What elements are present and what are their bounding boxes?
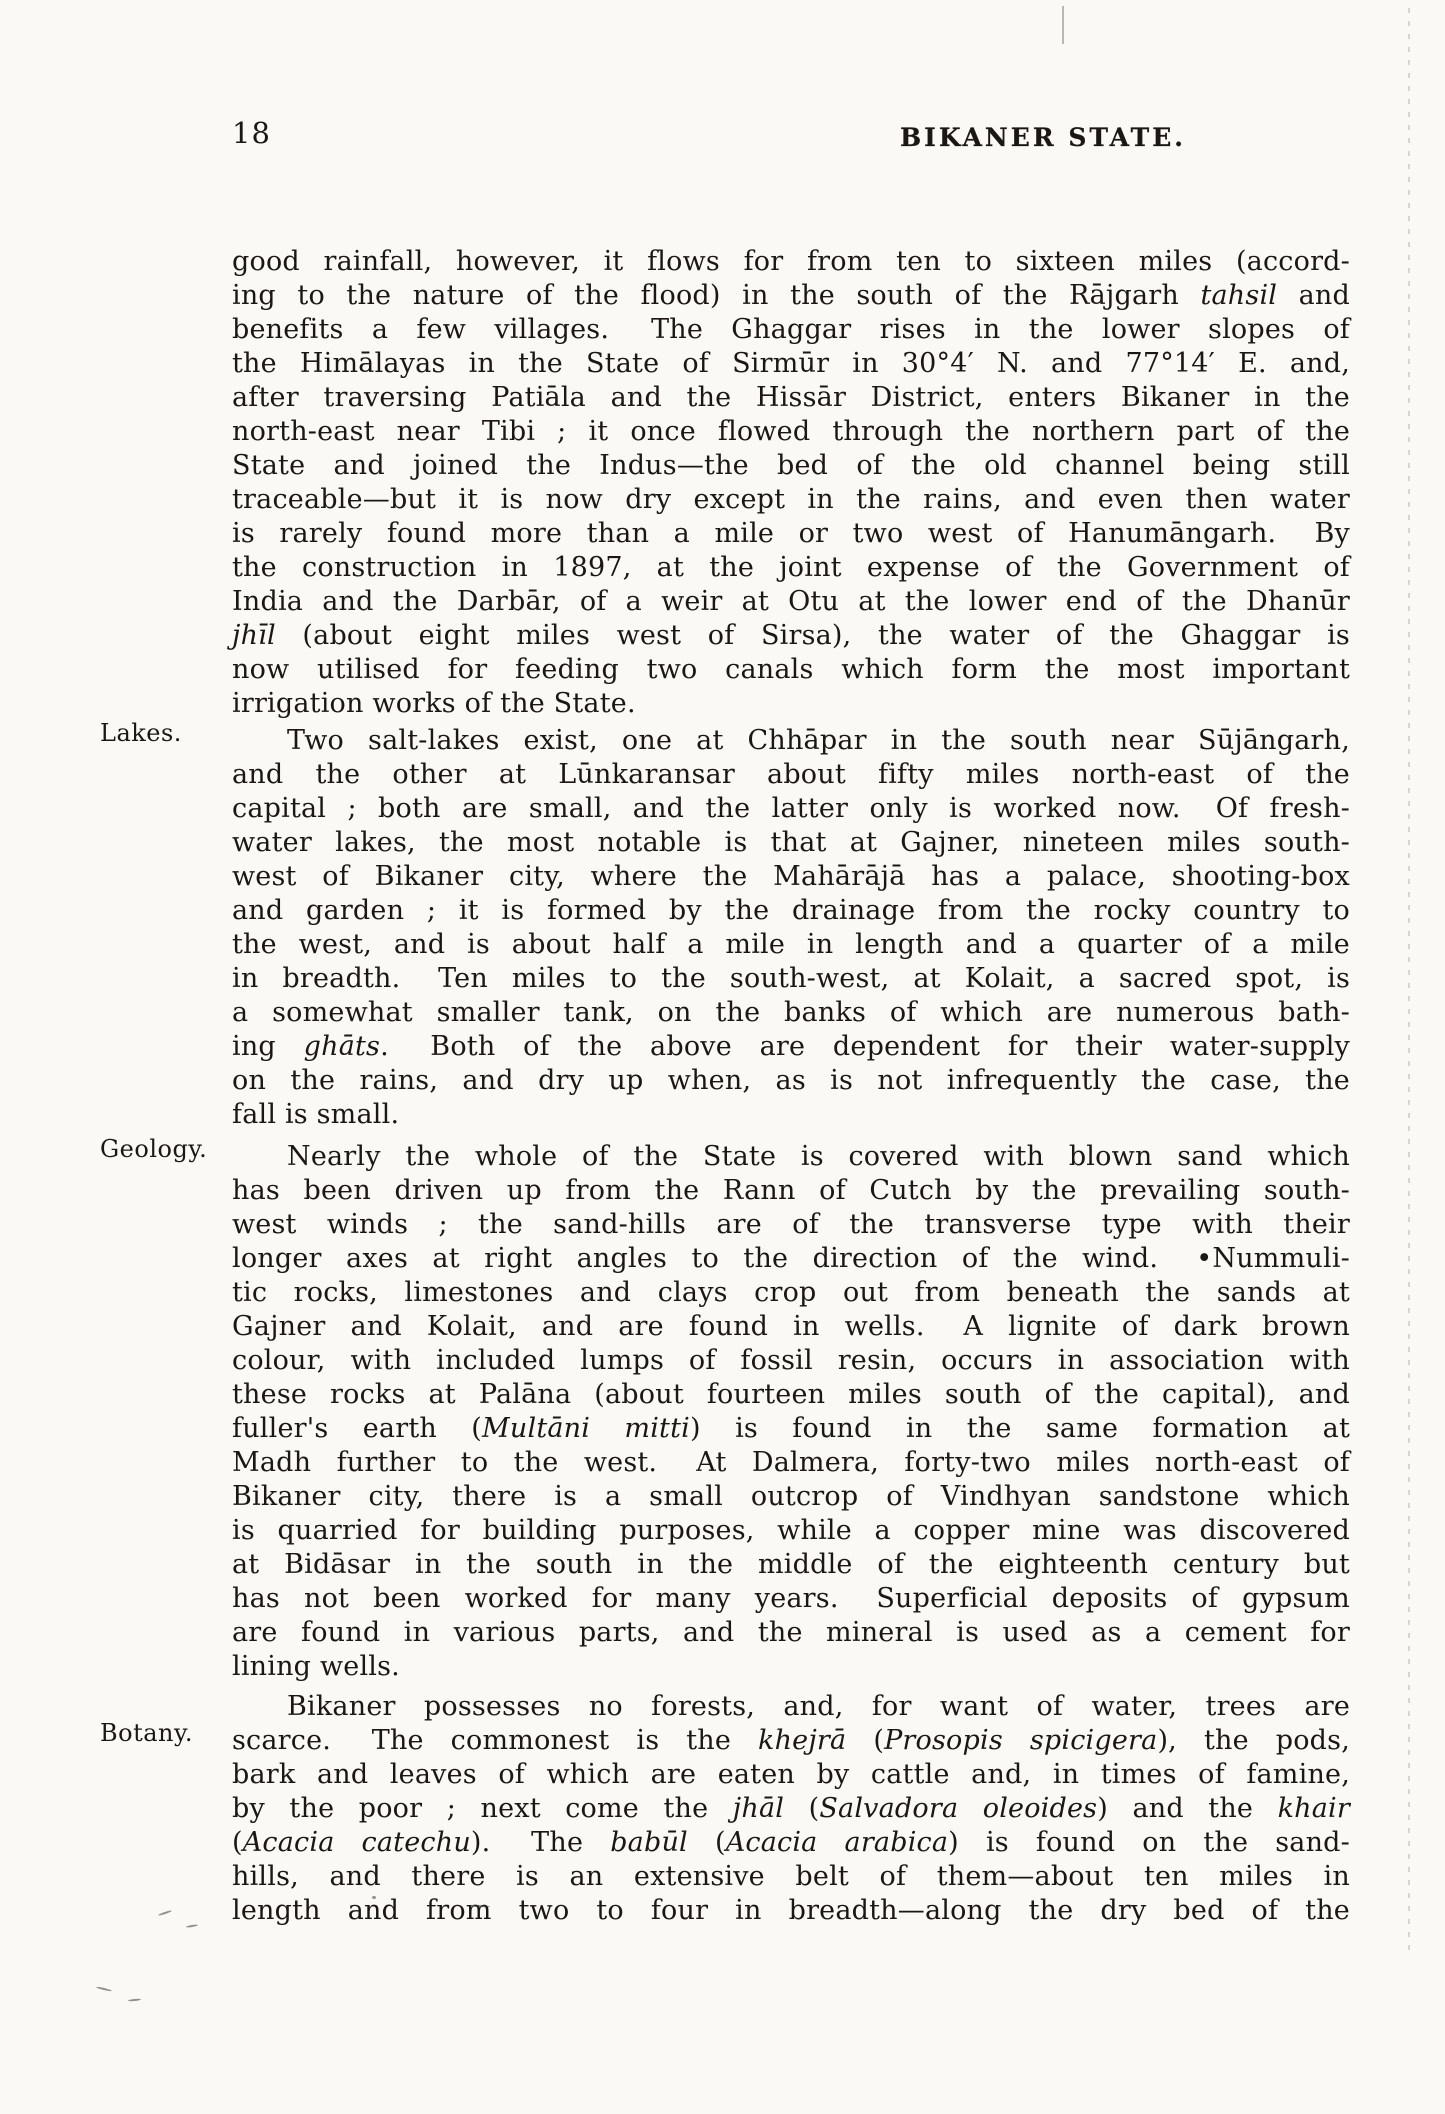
margin-label: Botany.: [100, 1716, 193, 1750]
italic-run: Salvadora oleoides: [819, 1793, 1097, 1824]
text-run: colour, with included lumps of fossil re…: [232, 1345, 1350, 1376]
text-run: Two salt-lakes exist, one at Chhāpar in …: [287, 725, 1350, 756]
text-line: jhīl (about eight miles west of Sirsa), …: [232, 619, 1350, 653]
text-line: good rainfall, however, it flows for fro…: [232, 245, 1350, 279]
text-run: water lakes, the most notable is that at…: [232, 827, 1350, 858]
text-line: capital ; both are small, and the latter…: [232, 792, 1350, 826]
text-run: bark and leaves of which are eaten by ca…: [232, 1759, 1350, 1790]
text-run: west of Bikaner city, where the Mahārājā…: [232, 861, 1350, 892]
text-line: now utilised for feeding two canals whic…: [232, 653, 1350, 687]
text-line: Nearly the whole of the State is covered…: [232, 1140, 1350, 1174]
text-line: these rocks at Palāna (about fourteen mi…: [232, 1378, 1350, 1412]
text-line: after traversing Patiāla and the Hissār …: [232, 381, 1350, 415]
text-run: (: [846, 1725, 884, 1756]
scan-artifact-right-edge: [1408, 8, 1410, 1958]
text-run: north-east near Tibi ; it once flowed th…: [232, 416, 1350, 447]
text-line: State and joined the Indus—the bed of th…: [232, 449, 1350, 483]
text-run: scarce. The commonest is the: [232, 1725, 758, 1756]
text-line: longer axes at right angles to the direc…: [232, 1242, 1350, 1276]
text-run: fall is small.: [232, 1099, 399, 1130]
text-line: has been driven up from the Rann of Cutc…: [232, 1174, 1350, 1208]
text-run: Bikaner city, there is a small outcrop o…: [232, 1481, 1350, 1512]
text-run: and garden ; it is formed by the drainag…: [232, 895, 1350, 926]
italic-run: Acacia arabica: [726, 1827, 948, 1858]
page-number: 18: [232, 116, 271, 150]
text-run: State and joined the Indus—the bed of th…: [232, 450, 1350, 481]
text-run: and: [1277, 280, 1350, 311]
text-run: fuller's earth (: [232, 1413, 482, 1444]
text-line: the construction in 1897, at the joint e…: [232, 551, 1350, 585]
text-line: water lakes, the most notable is that at…: [232, 826, 1350, 860]
text-run: . Both of the above are dependent for th…: [380, 1031, 1350, 1062]
italic-run: jhāl: [733, 1793, 784, 1824]
italic-run: ghāts: [304, 1031, 380, 1062]
text-run: lining wells.: [232, 1651, 400, 1682]
text-line: on the rains, and dry up when, as is not…: [232, 1064, 1350, 1098]
text-block: good rainfall, however, it flows for fro…: [232, 245, 1350, 1928]
text-run: the construction in 1897, at the joint e…: [232, 552, 1350, 583]
text-run: ). The: [471, 1827, 610, 1858]
italic-run: khejrā: [758, 1725, 846, 1756]
italic-run: Acacia catechu: [243, 1827, 471, 1858]
text-run: Bikaner possesses no forests, and, for w…: [287, 1691, 1350, 1722]
scan-speck: [128, 1998, 141, 2001]
text-line: by the poor ; next come the jhāl (Salvad…: [232, 1792, 1350, 1826]
text-run: on the rains, and dry up when, as is not…: [232, 1065, 1350, 1096]
text-run: Madh further to the west. At Dalmera, fo…: [232, 1447, 1350, 1478]
text-line: the Himālayas in the State of Sirmūr in …: [232, 347, 1350, 381]
text-line: is quarried for building purposes, while…: [232, 1514, 1350, 1548]
text-run: benefits a few villages. The Ghaggar ris…: [232, 314, 1350, 345]
text-run: ) and the: [1097, 1793, 1277, 1824]
text-run: now utilised for feeding two canals whic…: [232, 654, 1350, 685]
text-line: ing ghāts. Both of the above are depende…: [232, 1030, 1350, 1064]
text-run: ing to the nature of the flood) in the s…: [232, 280, 1200, 311]
text-line: and the other at Lūnkaransar about fifty…: [232, 758, 1350, 792]
italic-run: Multāni mitti: [482, 1413, 690, 1444]
scan-speck: [158, 1910, 172, 1916]
text-line: a somewhat smaller tank, on the banks of…: [232, 996, 1350, 1030]
text-line: and garden ; it is formed by the drainag…: [232, 894, 1350, 928]
text-run: length and from two to four in breadth—a…: [232, 1895, 1350, 1926]
text-run: has been driven up from the Rann of Cutc…: [232, 1175, 1350, 1206]
text-run: has not been worked for many years. Supe…: [232, 1583, 1350, 1614]
italic-run: babūl: [610, 1827, 688, 1858]
text-run: (about eight miles west of Sirsa), the w…: [276, 620, 1350, 651]
italic-run: jhīl: [232, 620, 276, 651]
text-line: tic rocks, limestones and clays crop out…: [232, 1276, 1350, 1310]
italic-run: tahsil: [1200, 280, 1277, 311]
italic-run: Prosopis spicigera: [884, 1725, 1157, 1756]
running-head: BIKANER STATE.: [900, 123, 1186, 152]
text-line: in breadth. Ten miles to the south-west,…: [232, 962, 1350, 996]
text-line: Two salt-lakes exist, one at Chhāpar in …: [232, 724, 1350, 758]
text-line: north-east near Tibi ; it once flowed th…: [232, 415, 1350, 449]
text-run: capital ; both are small, and the latter…: [232, 793, 1350, 824]
text-line: are found in various parts, and the mine…: [232, 1616, 1350, 1650]
italic-run: khair: [1278, 1793, 1350, 1824]
text-run: the Himālayas in the State of Sirmūr in …: [232, 348, 1350, 379]
text-line: Gajner and Kolait, and are found in well…: [232, 1310, 1350, 1344]
text-run: irrigation works of the State.: [232, 688, 636, 719]
text-line: fuller's earth (Multāni mitti) is found …: [232, 1412, 1350, 1446]
paragraph: good rainfall, however, it flows for fro…: [232, 245, 1350, 721]
text-run: India and the Darbār, of a weir at Otu a…: [232, 586, 1350, 617]
text-run: is rarely found more than a mile or two …: [232, 518, 1350, 549]
paragraph: Botany.Bikaner possesses no forests, and…: [232, 1690, 1350, 1928]
paragraph: Lakes.Two salt-lakes exist, one at Chhāp…: [232, 724, 1350, 1132]
text-run: by the poor ; next come the: [232, 1793, 733, 1824]
text-run: tic rocks, limestones and clays crop out…: [232, 1277, 1350, 1308]
text-line: fall is small.: [232, 1098, 1350, 1132]
text-line: irrigation works of the State.: [232, 687, 1350, 721]
text-run: (: [232, 1827, 243, 1858]
text-line: west of Bikaner city, where the Mahārājā…: [232, 860, 1350, 894]
text-line: traceable—but it is now dry except in th…: [232, 483, 1350, 517]
text-run: traceable—but it is now dry except in th…: [232, 484, 1350, 515]
text-line: west winds ; the sand-hills are of the t…: [232, 1208, 1350, 1242]
text-line: scarce. The commonest is the khejrā (Pro…: [232, 1724, 1350, 1758]
text-line: (Acacia catechu). The babūl (Acacia arab…: [232, 1826, 1350, 1860]
text-line: lining wells.: [232, 1650, 1350, 1684]
text-line: at Bidāsar in the south in the middle of…: [232, 1548, 1350, 1582]
text-run: ing: [232, 1031, 304, 1062]
text-run: Gajner and Kolait, and are found in well…: [232, 1311, 1350, 1342]
text-line: hills, and there is an extensive belt of…: [232, 1860, 1350, 1894]
text-run: good rainfall, however, it flows for fro…: [232, 246, 1350, 277]
text-run: is quarried for building purposes, while…: [232, 1515, 1350, 1546]
text-run: after traversing Patiāla and the Hissār …: [232, 382, 1350, 413]
text-line: has not been worked for many years. Supe…: [232, 1582, 1350, 1616]
text-line: bark and leaves of which are eaten by ca…: [232, 1758, 1350, 1792]
text-line: Madh further to the west. At Dalmera, fo…: [232, 1446, 1350, 1480]
text-line: ing to the nature of the flood) in the s…: [232, 279, 1350, 313]
scanned-book-page: 18 BIKANER STATE. good rainfall, however…: [0, 0, 1445, 2114]
text-run: west winds ; the sand-hills are of the t…: [232, 1209, 1350, 1240]
text-line: is rarely found more than a mile or two …: [232, 517, 1350, 551]
text-run: hills, and there is an extensive belt of…: [232, 1861, 1350, 1892]
text-line: Bikaner city, there is a small outcrop o…: [232, 1480, 1350, 1514]
text-run: (: [784, 1793, 819, 1824]
text-run: these rocks at Palāna (about fourteen mi…: [232, 1379, 1350, 1410]
scan-speck: [186, 1924, 198, 1928]
text-line: Bikaner possesses no forests, and, for w…: [232, 1690, 1350, 1724]
text-run: Nearly the whole of the State is covered…: [287, 1141, 1350, 1172]
scan-speck: [96, 1986, 112, 1992]
text-run: longer axes at right angles to the direc…: [232, 1243, 1350, 1274]
text-run: ) is found on the sand-: [948, 1827, 1350, 1858]
text-run: ) is found in the same formation at: [690, 1413, 1350, 1444]
text-line: the west, and is about half a mile in le…: [232, 928, 1350, 962]
paragraph: Geology.Nearly the whole of the State is…: [232, 1140, 1350, 1684]
text-line: India and the Darbār, of a weir at Otu a…: [232, 585, 1350, 619]
text-run: are found in various parts, and the mine…: [232, 1617, 1350, 1648]
text-run: at Bidāsar in the south in the middle of…: [232, 1549, 1350, 1580]
text-run: ), the pods,: [1157, 1725, 1350, 1756]
scan-artifact-top-mark: [1062, 6, 1064, 44]
text-run: a somewhat smaller tank, on the banks of…: [232, 997, 1350, 1028]
text-run: the west, and is about half a mile in le…: [232, 929, 1350, 960]
margin-label: Lakes.: [100, 716, 182, 750]
text-line: benefits a few villages. The Ghaggar ris…: [232, 313, 1350, 347]
text-run: in breadth. Ten miles to the south-west,…: [232, 963, 1350, 994]
text-line: length and from two to four in breadth—a…: [232, 1894, 1350, 1928]
text-line: colour, with included lumps of fossil re…: [232, 1344, 1350, 1378]
text-run: and the other at Lūnkaransar about fifty…: [232, 759, 1350, 790]
text-run: (: [688, 1827, 726, 1858]
margin-label: Geology.: [100, 1132, 207, 1166]
scan-speck: [372, 1896, 376, 1899]
